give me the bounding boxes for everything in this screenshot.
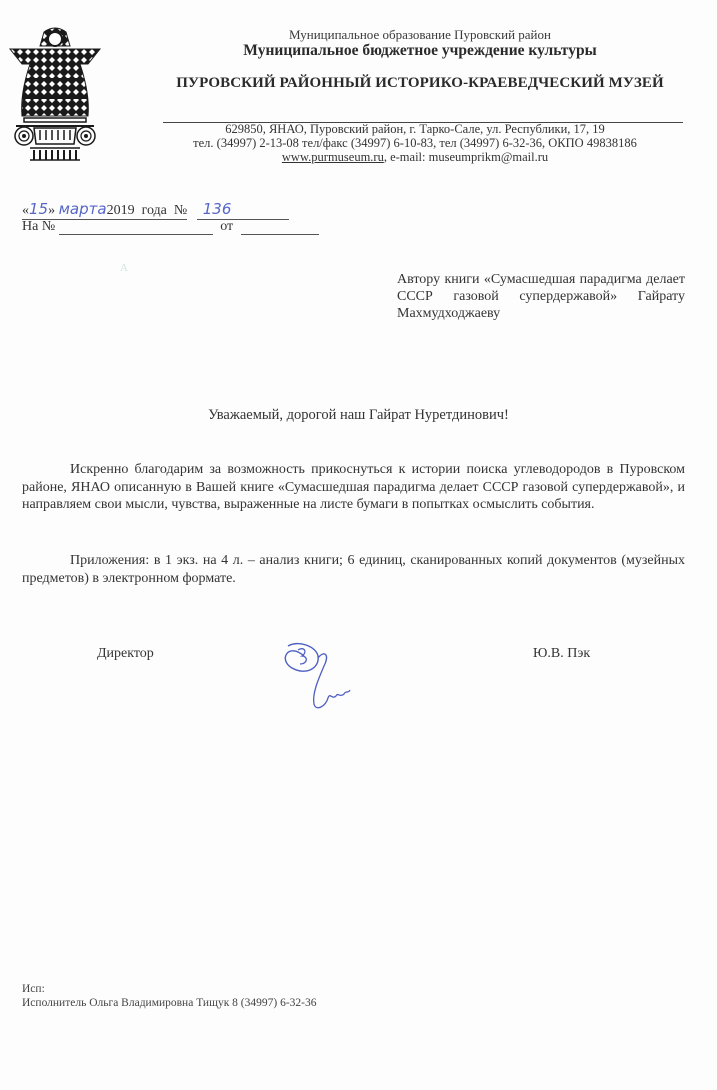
handwritten-signature-icon (268, 632, 368, 722)
postal-address: 629850, ЯНАО, Пуровский район, г. Тарко-… (130, 122, 700, 136)
number-field: 136 (197, 200, 289, 220)
museum-name: ПУРОВСКИЙ РАЙОННЫЙ ИСТОРИКО-КРАЕВЕДЧЕСКИ… (140, 75, 700, 92)
municipality-line: Муниципальное образование Пуровский райо… (140, 27, 700, 43)
body-paragraph-attachments: Приложения: в 1 экз. на 4 л. – анализ кн… (22, 552, 685, 587)
close-quote: » (48, 203, 55, 218)
web-email-line: www.purmuseum.ru, e-mail: museumprikm@ma… (130, 150, 700, 164)
incoming-number-label: На № (22, 219, 55, 234)
handwritten-month: марта (59, 200, 107, 218)
incoming-ref-row: На № от (22, 219, 319, 235)
institution-line: Муниципальное бюджетное учреждение культ… (140, 42, 700, 60)
contact-block: 629850, ЯНАО, Пуровский район, г. Тарко-… (130, 122, 700, 164)
faint-mark: A (120, 262, 134, 274)
outgoing-date-row: «15» марта2019 года № 136 (22, 200, 289, 220)
incoming-from-label: от (220, 219, 233, 234)
email-link[interactable]: museumprikm@mail.ru (429, 150, 548, 164)
phone-numbers: тел. (34997) 2-13-08 тел/факс (34997) 6-… (130, 136, 700, 150)
open-quote: « (22, 203, 29, 218)
year-label: 2019 года № (107, 203, 188, 218)
incoming-number-blank (59, 220, 213, 235)
handwritten-day: 15 (29, 200, 48, 218)
body-paragraph-1: Искренно благодарим за возможность прико… (22, 461, 685, 514)
incoming-date-blank (241, 220, 319, 235)
signatory-name: Ю.В. Пэк (533, 646, 590, 662)
website-link[interactable]: www.purmuseum.ru (282, 150, 384, 164)
museum-logo-icon (8, 24, 102, 164)
executor-label: Исп: (22, 983, 45, 995)
greeting: Уважаемый, дорогой наш Гайрат Нуретдинов… (0, 407, 717, 424)
signatory-title: Директор (97, 646, 154, 662)
date-field: «15» марта2019 года № (22, 200, 187, 220)
handwritten-number: 136 (203, 200, 232, 218)
executor-details: Исполнитель Ольга Владимировна Тищук 8 (… (22, 997, 316, 1009)
addressee-block: Автору книги «Сумасшедшая парадигма дела… (397, 271, 685, 322)
email-separator: , e-mail: (384, 150, 429, 164)
